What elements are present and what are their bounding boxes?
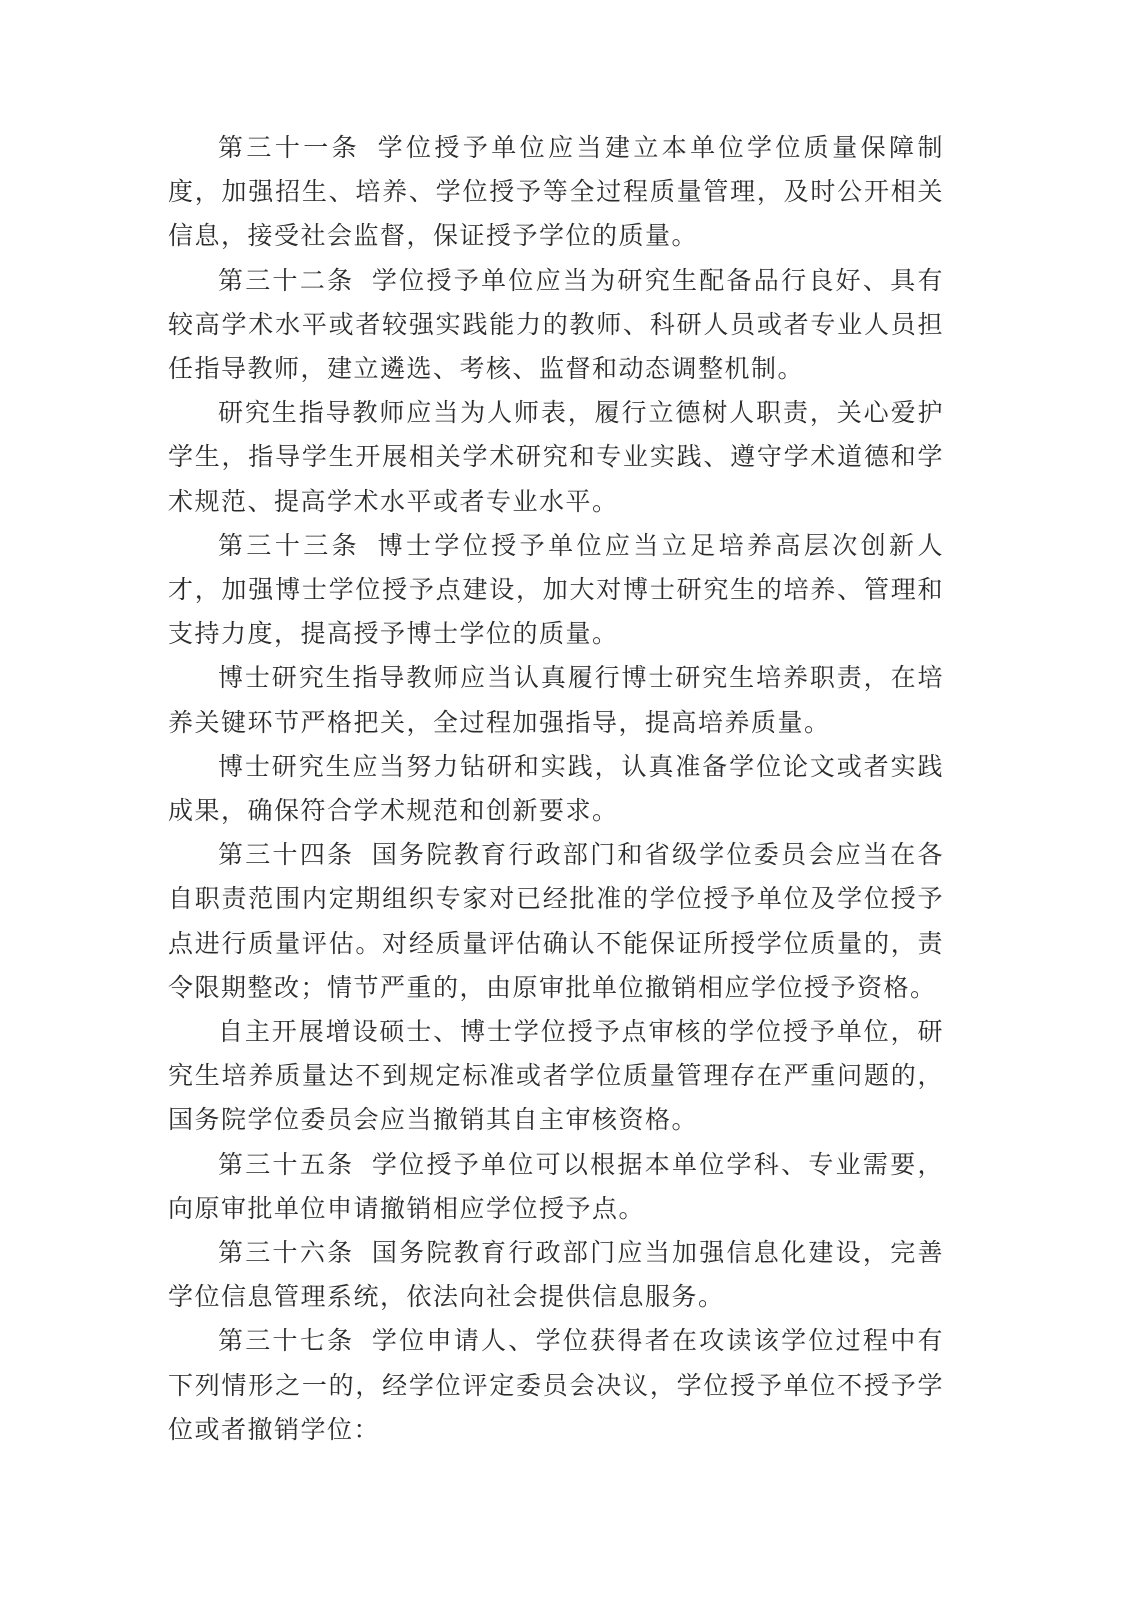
article-number: 第三十二条 <box>218 266 354 295</box>
article-number: 第三十五条 <box>218 1150 354 1179</box>
paragraph-doctoral-supervisor: 博士研究生指导教师应当认真履行博士研究生培养职责，在培养关键环节严格把关，全过程… <box>168 656 944 744</box>
paragraph-text: 博士研究生指导教师应当认真履行博士研究生培养职责，在培养关键环节严格把关，全过程… <box>168 663 944 736</box>
paragraph-article-36: 第三十六条国务院教育行政部门应当加强信息化建设，完善学位信息管理系统，依法向社会… <box>168 1231 944 1319</box>
article-number: 第三十四条 <box>218 840 354 869</box>
paragraph-text: 研究生指导教师应当为人师表，履行立德树人职责，关心爱护学生，指导学生开展相关学术… <box>168 398 944 515</box>
paragraph-text: 博士研究生应当努力钻研和实践，认真准备学位论文或者实践成果，确保符合学术规范和创… <box>168 752 944 825</box>
paragraph-article-37: 第三十七条学位申请人、学位获得者在攻读该学位过程中有下列情形之一的，经学位评定委… <box>168 1319 944 1452</box>
article-number: 第三十六条 <box>218 1238 354 1267</box>
paragraph-article-32: 第三十二条学位授予单位应当为研究生配备品行良好、具有较高学术水平或者较强实践能力… <box>168 259 944 392</box>
paragraph-article-33: 第三十三条博士学位授予单位应当立足培养高层次创新人才，加强博士学位授予点建设，加… <box>168 524 944 657</box>
paragraph-self-review: 自主开展增设硕士、博士学位授予点审核的学位授予单位，研究生培养质量达不到规定标准… <box>168 1010 944 1143</box>
paragraph-supervisor-duties: 研究生指导教师应当为人师表，履行立德树人职责，关心爱护学生，指导学生开展相关学术… <box>168 391 944 524</box>
article-number: 第三十三条 <box>218 531 360 560</box>
paragraph-doctoral-student: 博士研究生应当努力钻研和实践，认真准备学位论文或者实践成果，确保符合学术规范和创… <box>168 745 944 833</box>
article-number: 第三十七条 <box>218 1326 354 1355</box>
paragraph-article-34: 第三十四条国务院教育行政部门和省级学位委员会应当在各自职责范围内定期组织专家对已… <box>168 833 944 1010</box>
paragraph-article-35: 第三十五条学位授予单位可以根据本单位学科、专业需要，向原审批单位申请撤销相应学位… <box>168 1143 944 1231</box>
paragraph-text: 自主开展增设硕士、博士学位授予点审核的学位授予单位，研究生培养质量达不到规定标准… <box>168 1017 944 1134</box>
document-page: 第三十一条学位授予单位应当建立本单位学位质量保障制度，加强招生、培养、学位授予等… <box>168 126 944 1452</box>
paragraph-article-31: 第三十一条学位授予单位应当建立本单位学位质量保障制度，加强招生、培养、学位授予等… <box>168 126 944 259</box>
article-number: 第三十一条 <box>218 133 360 162</box>
